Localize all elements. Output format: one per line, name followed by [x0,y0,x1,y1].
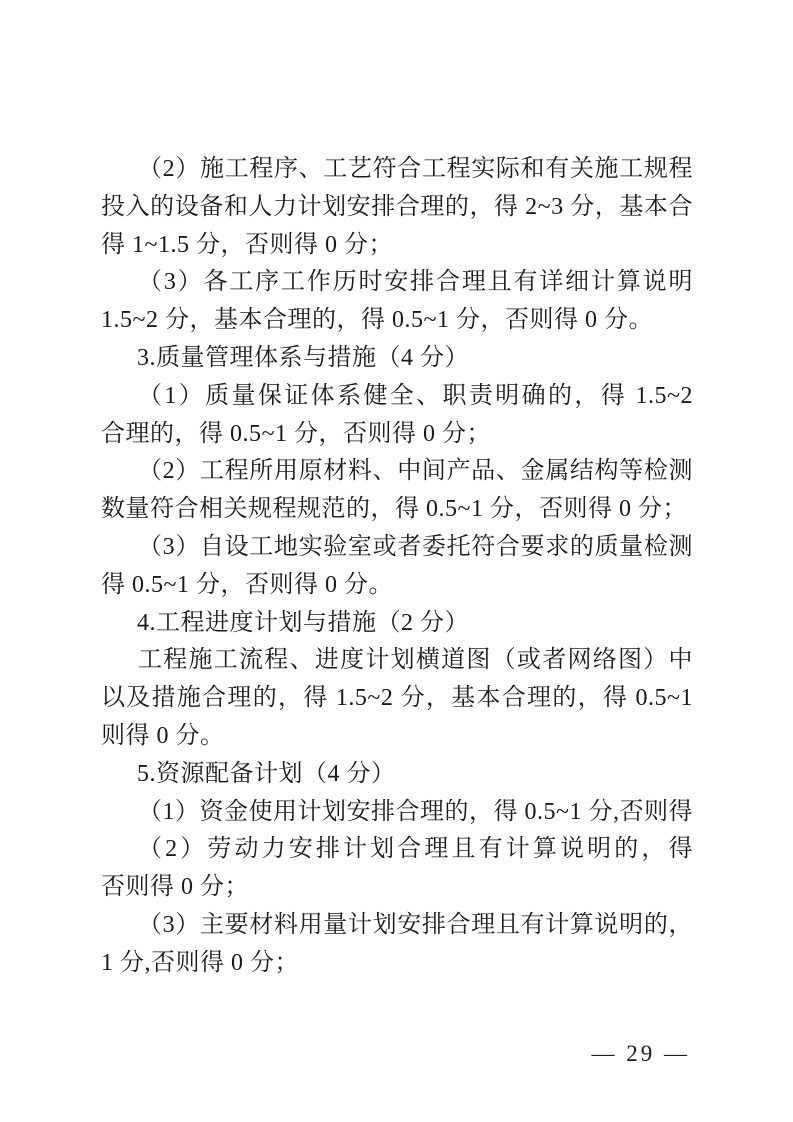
text-line: 5.资源配备计划（4 分） [101,756,693,794]
text-line: 4.工程进度计划与措施（2 分） [101,605,693,643]
text-line: （1）资金使用计划安排合理的，得 0.5~1 分,否则得 0 分； [101,794,693,832]
document-page: （2）施工程序、工艺符合工程实际和有关施工规程规范,且投入的设备和人力计划安排合… [0,0,793,1122]
text-line: 合理的，得 0.5~1 分，否则得 0 分； [101,416,693,454]
text-line: 1 分,否则得 0 分； [101,945,693,983]
text-line: 否则得 0 分； [101,869,693,907]
document-body: （2）施工程序、工艺符合工程实际和有关施工规程规范,且投入的设备和人力计划安排合… [101,151,693,983]
text-line: 得 0.5~1 分，否则得 0 分。 [101,567,693,605]
text-line: 得 1~1.5 分，否则得 0 分； [101,227,693,265]
text-line: 3.质量管理体系与措施（4 分） [101,340,693,378]
text-line: 工程施工流程、进度计划横道图（或者网络图）中关键线路 [101,642,693,680]
text-line: （3）各工序工作历时安排合理且有详细计算说明的，得 [101,264,693,302]
text-line: 1.5~2 分，基本合理的，得 0.5~1 分，否则得 0 分。 [101,302,693,340]
text-line: （1）质量保证体系健全、职责明确的，得 1.5~2 分，基本 [101,378,693,416]
text-line: 数量符合相关规程规范的，得 0.5~1 分，否则得 0 分； [101,491,693,529]
text-line: （2）施工程序、工艺符合工程实际和有关施工规程规范,且 [101,151,693,189]
text-line: （2）工程所用原材料、中间产品、金属结构等检测的种类、 [101,453,693,491]
text-line: （2）劳动力安排计划合理且有计算说明的，得 0.5~1 分， [101,831,693,869]
text-line: 以及措施合理的，得 1.5~2 分，基本合理的，得 0.5~1 分，否 [101,680,693,718]
text-line: （3）主要材料用量计划安排合理且有计算说明的，得 0.5~ [101,907,693,945]
text-line: 则得 0 分。 [101,718,693,756]
text-line: 投入的设备和人力计划安排合理的，得 2~3 分，基本合理的， [101,189,693,227]
page-number: — 29 — [592,1041,691,1067]
text-line: （3）自设工地实验室或者委托符合要求的质量检测单位的， [101,529,693,567]
